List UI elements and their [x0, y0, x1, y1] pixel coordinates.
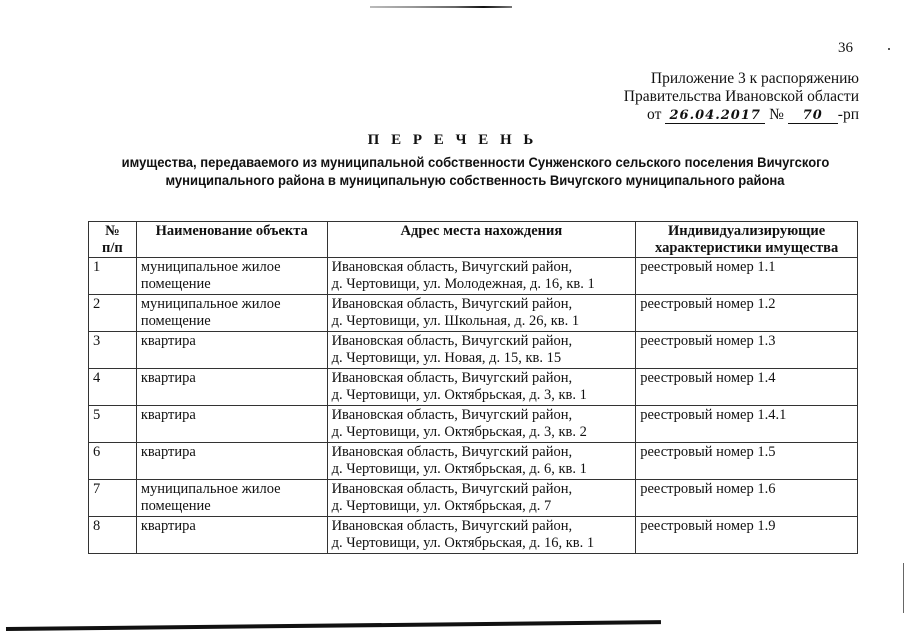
cell-number: 8 [89, 517, 137, 554]
document-title: П Е Р Е Ч Е Н Ь [0, 132, 905, 149]
cell-characteristics: реестровый номер 1.9 [636, 517, 858, 554]
cell-number: 4 [89, 369, 137, 406]
table-row: 7муниципальное жилоепомещениеИвановская … [89, 480, 858, 517]
cell-characteristics: реестровый номер 1.1 [636, 258, 858, 295]
cell-number: 2 [89, 295, 137, 332]
cell-characteristics: реестровый номер 1.4.1 [636, 406, 858, 443]
page-number: 36 [838, 40, 853, 57]
appendix-line-1: Приложение 3 к распоряжению [624, 70, 859, 88]
cell-object-name: квартира [136, 406, 327, 443]
cell-number: 1 [89, 258, 137, 295]
cell-address: Ивановская область, Вичугский район,д. Ч… [327, 332, 636, 369]
cell-characteristics: реестровый номер 1.4 [636, 369, 858, 406]
cell-object-name: квартира [136, 443, 327, 480]
cell-object-name: муниципальное жилоепомещение [136, 258, 327, 295]
cell-characteristics: реестровый номер 1.6 [636, 480, 858, 517]
header-object-name: Наименование объекта [136, 222, 327, 258]
table-body: 1муниципальное жилоепомещениеИвановская … [89, 258, 858, 554]
table-row: 3квартираИвановская область, Вичугский р… [89, 332, 858, 369]
header-address: Адрес места нахождения [327, 222, 636, 258]
appendix-line-2: Правительства Ивановской области [624, 88, 859, 106]
table-row: 2муниципальное жилоепомещениеИвановская … [89, 295, 858, 332]
subtitle-line-1: имущества, передаваемого из муниципально… [122, 153, 829, 171]
table-row: 4квартираИвановская область, Вичугский р… [89, 369, 858, 406]
order-suffix: -рп [838, 106, 859, 123]
table-row: 1муниципальное жилоепомещениеИвановская … [89, 258, 858, 295]
scan-artifact-right-edge [903, 563, 904, 613]
cell-address: Ивановская область, Вичугский район,д. Ч… [327, 406, 636, 443]
table-row: 6квартираИвановская область, Вичугский р… [89, 443, 858, 480]
scan-artifact-bottom-edge [6, 620, 661, 631]
number-sign: № [769, 106, 784, 123]
appendix-date-line: от 26.04.2017 № 70-рп [624, 106, 859, 124]
cell-address: Ивановская область, Вичугский район,д. Ч… [327, 443, 636, 480]
table-row: 5квартираИвановская область, Вичугский р… [89, 406, 858, 443]
cell-number: 5 [89, 406, 137, 443]
cell-number: 6 [89, 443, 137, 480]
property-table: № п/п Наименование объекта Адрес места н… [88, 221, 858, 554]
table-row: 8квартираИвановская область, Вичугский р… [89, 517, 858, 554]
cell-object-name: муниципальное жилоепомещение [136, 480, 327, 517]
cell-number: 3 [89, 332, 137, 369]
cell-address: Ивановская область, Вичугский район,д. Ч… [327, 480, 636, 517]
scan-artifact-dot [888, 48, 890, 50]
scan-artifact-top-line [370, 6, 512, 8]
cell-object-name: квартира [136, 369, 327, 406]
date-prefix: от [647, 106, 661, 123]
cell-object-name: муниципальное жилоепомещение [136, 295, 327, 332]
cell-characteristics: реестровый номер 1.2 [636, 295, 858, 332]
cell-object-name: квартира [136, 517, 327, 554]
cell-characteristics: реестровый номер 1.3 [636, 332, 858, 369]
header-number: № п/п [89, 222, 137, 258]
document-subtitle: имущества, передаваемого из муниципально… [122, 153, 829, 189]
cell-address: Ивановская область, Вичугский район,д. Ч… [327, 258, 636, 295]
header-characteristics: Индивидуализирующие характеристики имуще… [636, 222, 858, 258]
cell-address: Ивановская область, Вичугский район,д. Ч… [327, 369, 636, 406]
appendix-header: Приложение 3 к распоряжению Правительств… [624, 70, 859, 124]
handwritten-number: 70 [788, 108, 838, 124]
cell-characteristics: реестровый номер 1.5 [636, 443, 858, 480]
handwritten-date: 26.04.2017 [665, 108, 765, 124]
cell-address: Ивановская область, Вичугский район,д. Ч… [327, 295, 636, 332]
cell-number: 7 [89, 480, 137, 517]
cell-address: Ивановская область, Вичугский район,д. Ч… [327, 517, 636, 554]
subtitle-line-2: муниципального района в муниципальную со… [122, 171, 829, 189]
table-header-row: № п/п Наименование объекта Адрес места н… [89, 222, 858, 258]
cell-object-name: квартира [136, 332, 327, 369]
